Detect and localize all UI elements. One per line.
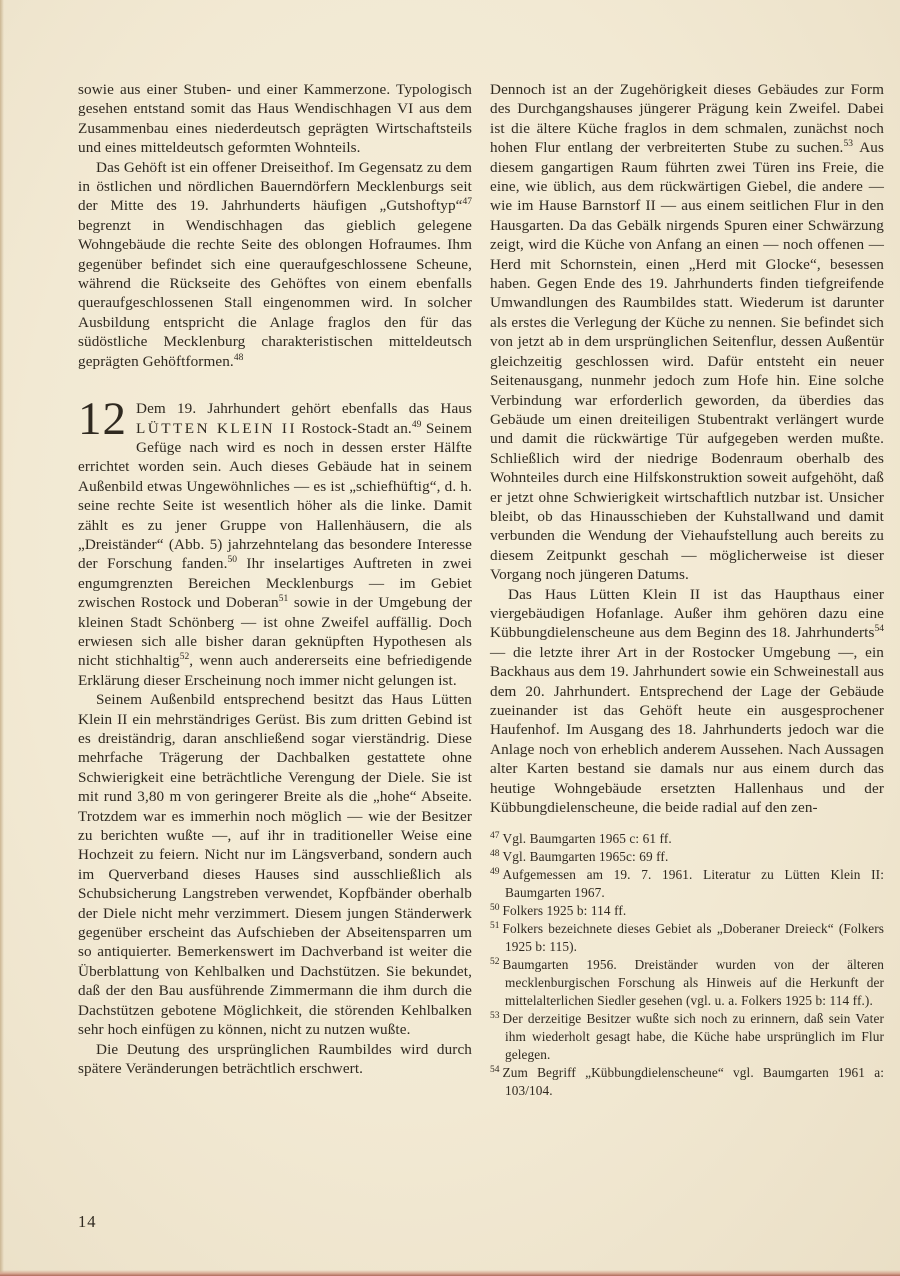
body-paragraph: Dennoch ist an der Zugehörigkeit dieses …: [490, 80, 884, 585]
footnote-marker: 48: [234, 353, 244, 363]
footnote: 49Aufgemessen am 19. 7. 1961. Literatur …: [490, 866, 884, 902]
page-number: 14: [78, 1212, 97, 1232]
section-number: 12: [78, 401, 127, 438]
body-paragraph: sowie aus einer Stuben- und einer Kammer…: [78, 80, 472, 158]
body-paragraph: Die Deutung des ursprünglichen Raumbilde…: [78, 1040, 472, 1079]
footnote-number: 54: [490, 1065, 500, 1075]
footnote: 50Folkers 1925 b: 114 ff.: [490, 902, 884, 920]
footnote-number: 52: [490, 957, 500, 967]
book-page-scan: sowie aus einer Stuben- und einer Kammer…: [0, 0, 900, 1276]
footnote-marker: 50: [227, 555, 237, 565]
left-column: sowie aus einer Stuben- und einer Kammer…: [78, 80, 472, 1100]
footnote-number: 53: [490, 1011, 500, 1021]
footnote: 48Vgl. Baumgarten 1965c: 69 ff.: [490, 848, 884, 866]
scan-edge-left: [0, 0, 4, 1276]
text-columns: sowie aus einer Stuben- und einer Kammer…: [78, 80, 884, 1100]
footnote-number: 48: [490, 849, 500, 859]
house-name-caps: LÜTTEN KLEIN II: [136, 420, 297, 437]
scan-edge-bottom: [0, 1270, 900, 1276]
footnote-marker: 52: [180, 652, 190, 662]
body-paragraph: 12Dem 19. Jahrhundert gehört ebenfalls d…: [78, 399, 472, 690]
footnote-number: 49: [490, 867, 500, 877]
body-paragraph: Seinem Außenbild entsprechend besitzt da…: [78, 690, 472, 1039]
footnote-marker: 53: [843, 139, 853, 149]
footnote: 53Der derzeitige Besitzer wußte sich noc…: [490, 1010, 884, 1064]
footnote-number: 47: [490, 831, 500, 841]
footnote-marker: 47: [463, 197, 473, 207]
footnote: 54Zum Begriff „Kübbungdielenscheune“ vgl…: [490, 1064, 884, 1100]
footnote-number: 51: [490, 921, 500, 931]
footnote-marker: 49: [412, 419, 422, 429]
body-paragraph: Das Haus Lütten Klein II ist das Hauptha…: [490, 585, 884, 818]
footnotes-block: 47Vgl. Baumgarten 1965 c: 61 ff.48Vgl. B…: [490, 830, 884, 1100]
footnote-number: 50: [490, 903, 500, 913]
footnote-marker: 51: [279, 594, 289, 604]
footnote: 52Baumgarten 1956. Dreiständer wurden vo…: [490, 956, 884, 1010]
body-paragraph: Das Gehöft ist ein offener Dreiseithof. …: [78, 158, 472, 371]
footnote: 51Folkers bezeichnete dieses Gebiet als …: [490, 920, 884, 956]
footnote: 47Vgl. Baumgarten 1965 c: 61 ff.: [490, 830, 884, 848]
right-column: Dennoch ist an der Zugehörigkeit dieses …: [490, 80, 884, 1100]
footnote-marker: 54: [875, 624, 885, 634]
